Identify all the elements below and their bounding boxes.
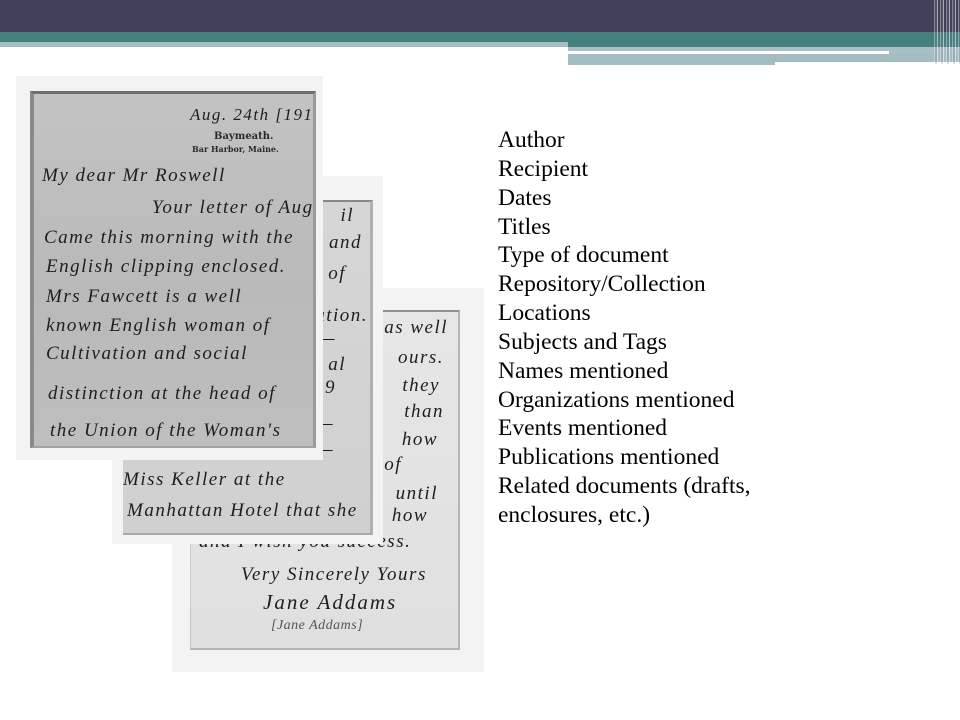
header-band-teal-left xyxy=(0,32,568,42)
handwriting-fragment: as well xyxy=(384,318,448,337)
handwriting-line: Mrs Fawcett is a well xyxy=(46,287,242,306)
handwriting-fragment: they xyxy=(402,376,440,395)
field-dates: Dates xyxy=(498,184,790,213)
handwriting-fragment: until xyxy=(396,484,438,503)
handwriting-fragment: than xyxy=(404,402,444,421)
handwriting-line: the Union of the Woman's xyxy=(50,421,281,440)
signature: Jane Addams xyxy=(263,592,397,613)
handwriting-line: known English woman of xyxy=(46,316,271,335)
letter-date: Aug. 24th [1912] xyxy=(190,106,316,123)
handwriting-line: distinction at the head of xyxy=(48,384,276,403)
header-band-light-right-bottom xyxy=(568,54,960,62)
field-names-mentioned: Names mentioned xyxy=(498,357,790,386)
field-repository-collection: Repository/Collection xyxy=(498,270,790,299)
header-band-teal-right xyxy=(568,32,960,47)
letter-salutation: My dear Mr Roswell xyxy=(42,166,226,185)
handwriting-fragment: of xyxy=(328,264,346,283)
field-events-mentioned: Events mentioned xyxy=(498,414,790,443)
handwriting-fragment: how xyxy=(392,506,428,525)
handwriting-line: Miss Keller at the xyxy=(123,470,286,489)
signature-note: [Jane Addams] xyxy=(271,619,363,633)
field-subjects-and-tags: Subjects and Tags xyxy=(498,328,790,357)
handwriting-line: Your letter of Aug. 16th xyxy=(152,198,316,217)
metadata-field-list: Author Recipient Dates Titles Type of do… xyxy=(498,126,790,530)
handwriting-line: Very Sincerely Yours xyxy=(241,565,427,584)
handwriting-fragment: 9 xyxy=(325,378,336,397)
header-vertical-stripes xyxy=(932,0,960,64)
handwriting-fragment: il xyxy=(340,206,354,225)
handwriting-line: Came this morning with the xyxy=(44,228,294,247)
field-titles: Titles xyxy=(498,213,790,242)
letter-paper-1: Aug. 24th [1912] Baymeath. Bar Harbor, M… xyxy=(30,91,316,448)
handwriting-fragment: ours. xyxy=(398,348,444,367)
letterhead-name: Baymeath. xyxy=(214,132,274,142)
handwriting-fragment: ation. xyxy=(315,306,368,325)
handwriting-fragment: how xyxy=(402,430,438,449)
letterhead-place: Bar Harbor, Maine. xyxy=(192,145,279,153)
field-locations: Locations xyxy=(498,299,790,328)
header-band-light-left xyxy=(0,42,568,47)
field-recipient: Recipient xyxy=(498,155,790,184)
field-related-documents: Related documents (drafts, enclosures, e… xyxy=(498,472,790,530)
handwriting-fragment: of xyxy=(384,455,402,474)
handwriting-line: English clipping enclosed. xyxy=(46,257,286,276)
field-type-of-document: Type of document xyxy=(498,241,790,270)
field-organizations-mentioned: Organizations mentioned xyxy=(498,386,790,415)
header-band-light-right-tail xyxy=(568,62,775,65)
field-publications-mentioned: Publications mentioned xyxy=(498,443,790,472)
handwriting-line: Cultivation and social xyxy=(46,344,248,363)
handwriting-fragment: and xyxy=(329,233,362,252)
field-author: Author xyxy=(498,126,790,155)
header-band-navy xyxy=(0,0,960,32)
handwriting-fragment: al xyxy=(328,355,346,374)
handwriting-line: Manhattan Hotel that she xyxy=(127,501,358,520)
letter-scan-page-1: Aug. 24th [1912] Baymeath. Bar Harbor, M… xyxy=(16,76,323,460)
